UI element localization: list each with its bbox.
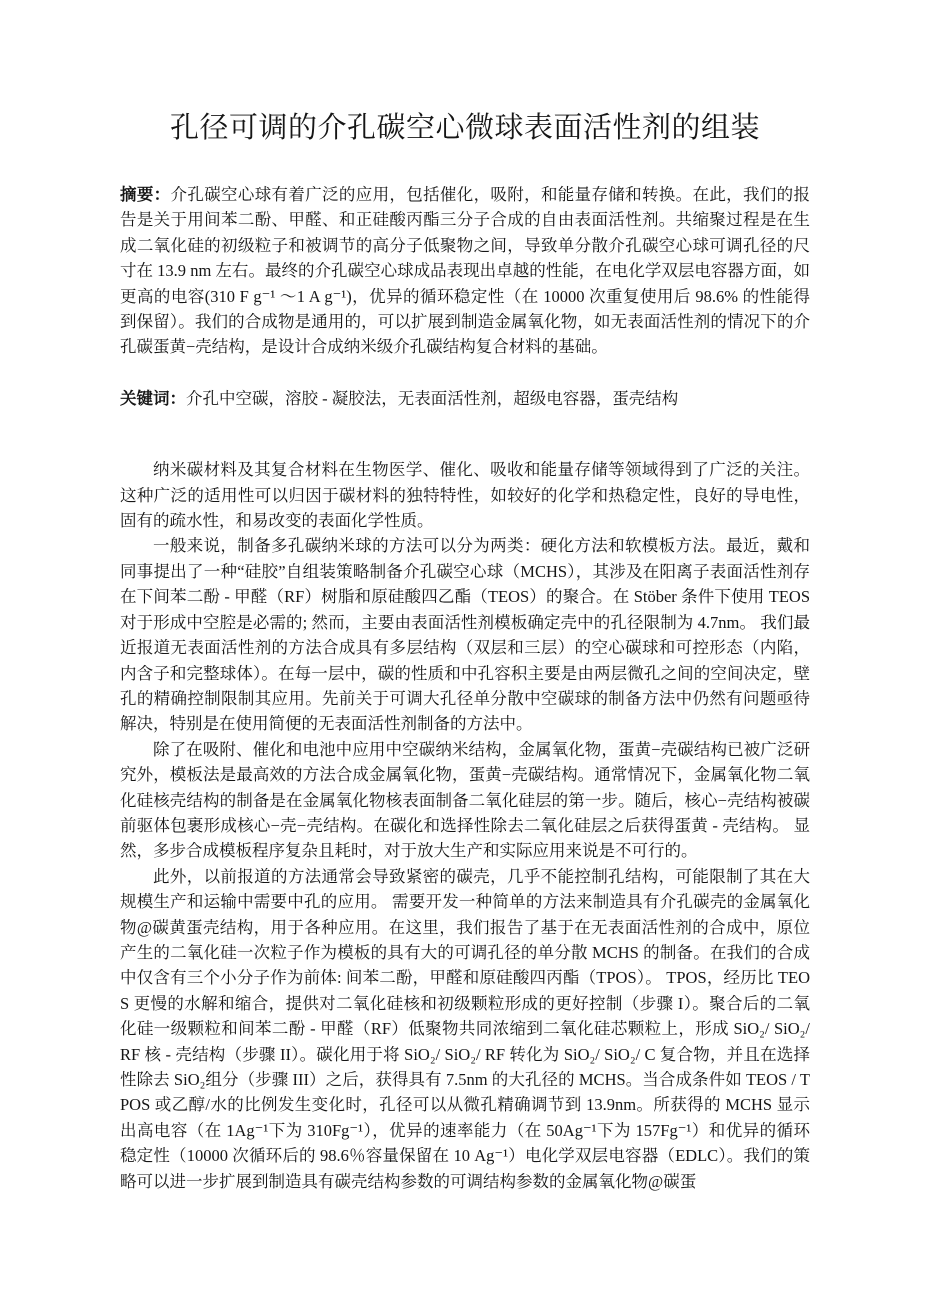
body-paragraph: 一般来说，制备多孔碳纳米球的方法可以分为两类：硬化方法和软模板方法。最近，戴和同… xyxy=(120,533,810,736)
abstract-label: 摘要： xyxy=(120,185,171,204)
keywords-text: 介孔中空碳，溶胶 - 凝胶法，无表面活性剂，超级电容器，蛋壳结构 xyxy=(186,389,678,408)
body-paragraph: 除了在吸附、催化和电池中应用中空碳纳米结构，金属氧化物，蛋黄−壳碳结构已被广泛研… xyxy=(120,737,810,864)
keywords-line: 关键词：介孔中空碳，溶胶 - 凝胶法，无表面活性剂，超级电容器，蛋壳结构 xyxy=(120,386,810,411)
document-page: 孔径可调的介孔碳空心微球表面活性剂的组装 摘要：介孔碳空心球有着广泛的应用，包括… xyxy=(0,0,926,1309)
body-section: 纳米碳材料及其复合材料在生物医学、催化、吸收和能量存储等领域得到了广泛的关注。这… xyxy=(120,457,810,1194)
abstract-paragraph: 摘要：介孔碳空心球有着广泛的应用，包括催化，吸附，和能量存储和转换。在此，我们的… xyxy=(120,182,810,360)
abstract-text: 介孔碳空心球有着广泛的应用，包括催化，吸附，和能量存储和转换。在此，我们的报告是… xyxy=(120,185,810,356)
keywords-label: 关键词： xyxy=(120,389,186,408)
body-paragraph: 纳米碳材料及其复合材料在生物医学、催化、吸收和能量存储等领域得到了广泛的关注。这… xyxy=(120,457,810,533)
page-title: 孔径可调的介孔碳空心微球表面活性剂的组装 xyxy=(120,106,810,150)
body-paragraph: 此外，以前报道的方法通常会导致紧密的碳壳，几乎不能控制孔结构，可能限制了其在大规… xyxy=(120,864,810,1194)
